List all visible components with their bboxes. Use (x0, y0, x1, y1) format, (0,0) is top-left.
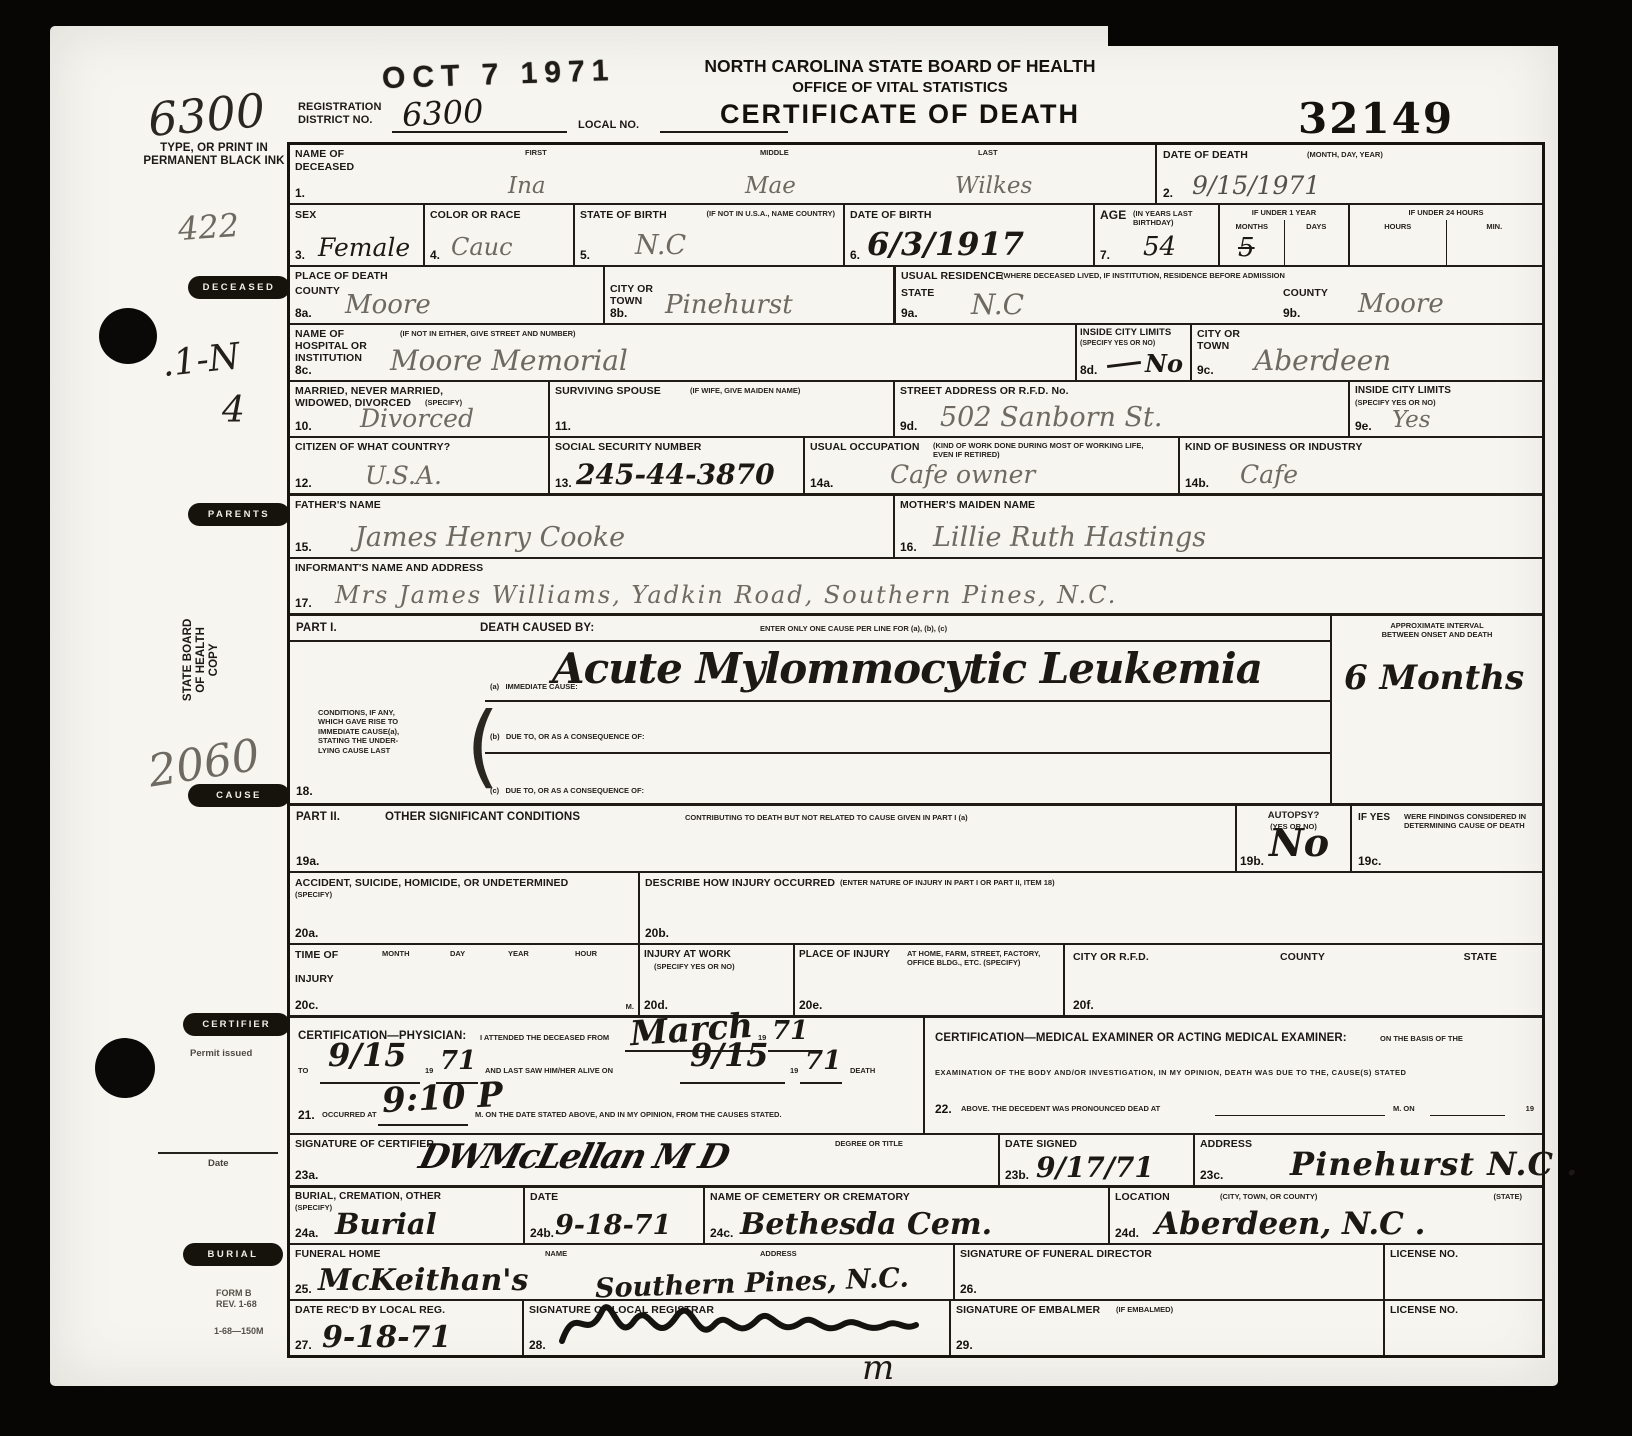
business-label: KIND OF BUSINESS OR INDUSTRY (1185, 441, 1362, 453)
value-date-of-death: 9/15/1971 (1192, 171, 1320, 200)
spouse-note: (IF WIFE, GIVE MAIDEN NAME) (690, 386, 800, 395)
hospital-label-2: HOSPITAL OR (295, 340, 367, 352)
value-cemetery: Bethesda Cem. (740, 1207, 992, 1242)
me-m-on: M. ON (1393, 1104, 1415, 1113)
value-ssn: 245-44-3870 (576, 458, 775, 491)
due-to-c-label: (c) DUE TO, OR AS A CONSEQUENCE OF: (490, 786, 644, 795)
to-19: 19 (425, 1066, 433, 1075)
tab-deceased: DECEASED (188, 276, 290, 299)
me-text-1: ON THE BASIS OF THE (1380, 1034, 1463, 1043)
value-first-name: Ina (508, 173, 546, 199)
registration-label: REGISTRATION (298, 101, 390, 114)
field-date-signed: DATE SIGNED 23b. 9/17/71 (998, 1135, 1193, 1185)
value-interval: 6 Months (1344, 658, 1524, 698)
date-of-death-note: (MONTH, DAY, YEAR) (1307, 150, 1383, 159)
street-address-label: STREET ADDRESS OR R.F.D. No. (900, 385, 1069, 397)
field-burial-type: BURIAL, CREMATION, OTHER (SPECIFY) 24a. … (290, 1188, 523, 1243)
field-embalmer-license: LICENSE NO. (1383, 1301, 1542, 1355)
item-15: 15. (295, 540, 312, 554)
accident-label: ACCIDENT, SUICIDE, HOMICIDE, OR UNDETERM… (295, 877, 568, 889)
item-29: 29. (956, 1338, 973, 1352)
age-label: AGE (1100, 209, 1126, 223)
field-citizen: CITIZEN OF WHAT COUNTRY? 12. U.S.A. (290, 438, 548, 493)
time-of-injury-label-1: TIME OF (295, 949, 338, 961)
value-date-received: 9-18-71 (322, 1320, 451, 1355)
field-business: KIND OF BUSINESS OR INDUSTRY 14b. Cafe (1178, 438, 1542, 493)
item-18: 18. (296, 784, 313, 798)
conditions-note: CONDITIONS, IF ANY, WHICH GAVE RISE TO I… (318, 708, 468, 755)
field-funeral-director-signature: SIGNATURE OF FUNERAL DIRECTOR 26. (953, 1245, 1383, 1299)
field-death-city: CITY OR TOWN 8b. Pinehurst (603, 267, 893, 323)
father-label: FATHER'S NAME (295, 499, 381, 511)
part1-main: PART I. DEATH CAUSED BY: ENTER ONLY ONE … (290, 616, 1330, 803)
item-16: 16. (900, 540, 917, 554)
registration-line (392, 131, 567, 133)
conditions-note-5: LYING CAUSE LAST (318, 746, 468, 755)
field-race: COLOR OR RACE 4. Cauc (423, 205, 573, 265)
accident-specify-note: (SPECIFY) (295, 890, 332, 899)
death-city-label-1: CITY OR (610, 283, 653, 295)
section-part2: PART II. OTHER SIGNIFICANT CONDITIONS CO… (290, 803, 1542, 871)
under-24-hours-label: IF UNDER 24 HOURS (1350, 208, 1542, 217)
value-hospital: Moore Memorial (390, 344, 628, 377)
item-19a: 19a. (296, 854, 319, 868)
item-7: 7. (1100, 248, 1110, 262)
tab-cause: CAUSE (188, 784, 290, 807)
item-23c: 23c. (1200, 1168, 1223, 1182)
tab-certifier-label: CERTIFIER (202, 1019, 270, 1030)
place-of-injury-label: PLACE OF INJURY (799, 949, 890, 961)
value-mother-name: Lillie Ruth Hastings (933, 522, 1206, 553)
field-informant: INFORMANT'S NAME AND ADDRESS 17. Mrs Jam… (290, 559, 1542, 613)
middle-sublabel: MIDDLE (760, 148, 789, 157)
tab-deceased-label: DECEASED (203, 282, 276, 293)
item-19c: 19c. (1358, 854, 1381, 868)
item-28: 28. (529, 1338, 546, 1352)
punch-hole-top (99, 308, 157, 364)
occurred-text-2: M. ON THE DATE STATED ABOVE, AND IN MY O… (475, 1110, 782, 1119)
field-cemetery: NAME OF CEMETERY OR CREMATORY 24c. Bethe… (703, 1188, 1108, 1243)
value-middle-name: Mae (745, 173, 796, 199)
date-received-label: DATE REC'D BY LOCAL REG. (295, 1304, 445, 1316)
tab-parents: PARENTS (188, 503, 290, 526)
hour-label: HOUR (575, 949, 597, 958)
value-inside-city-limits-8d: No (1145, 349, 1183, 378)
copy-line3: COPY (209, 600, 222, 720)
age-note: (IN YEARS LAST BIRTHDAY) (1133, 209, 1213, 228)
value-autopsy: No (1269, 820, 1329, 865)
value-from-year: 71 (772, 1016, 808, 1046)
value-street-address: 502 Sanborn St. (940, 402, 1162, 433)
item-20a: 20a. (295, 926, 318, 940)
spouse-label: SURVIVING SPOUSE (555, 385, 661, 397)
value-informant: Mrs James Williams, Yadkin Road, Souther… (335, 581, 1117, 609)
local-no-line (660, 131, 788, 133)
inside-city-limits-note-9e: (SPECIFY YES OR NO) (1355, 398, 1436, 407)
field-certification-physician: CERTIFICATION—PHYSICIAN: I ATTENDED THE … (290, 1018, 923, 1133)
residence-city-label-1: CITY OR (1197, 328, 1240, 340)
value-to-year: 71 (440, 1046, 476, 1076)
value-months: 5 (1238, 233, 1255, 263)
item-20d: 20d. (644, 998, 668, 1012)
usual-residence-group-label: USUAL RESIDENCE (901, 270, 1003, 282)
item-14b: 14b. (1185, 476, 1209, 490)
field-residence-county: COUNTY 9b. Moore (1198, 267, 1542, 323)
tab-certifier: CERTIFIER (183, 1013, 290, 1036)
funeral-director-label: SIGNATURE OF FUNERAL DIRECTOR (960, 1248, 1152, 1260)
value-alive-on: 9/15 (690, 1036, 768, 1074)
field-date-of-birth: DATE OF BIRTH 6. 6/3/1917 (843, 205, 1093, 265)
tab-cause-label: CAUSE (216, 790, 262, 801)
part2-label: PART II. (296, 811, 340, 824)
field-ssn: SOCIAL SECURITY NUMBER 13. 245-44-3870 (548, 438, 803, 493)
tab-parents-label: PARENTS (208, 509, 270, 520)
field-place-of-injury: PLACE OF INJURY AT HOME, FARM, STREET, F… (793, 945, 1063, 1015)
due-c-prefix: (c) (490, 786, 499, 795)
ssn-label: SOCIAL SECURITY NUMBER (555, 441, 702, 453)
alive-19: 19 (790, 1066, 798, 1075)
inside-city-limits-note-8d: (SPECIFY YES OR NO) (1080, 340, 1155, 349)
funeral-home-address-note: ADDRESS (760, 1249, 797, 1258)
field-father-name: FATHER'S NAME 15. James Henry Cooke (290, 496, 893, 557)
item-24d: 24d. (1115, 1226, 1139, 1240)
item-12: 12. (295, 476, 312, 490)
field-age: AGE (IN YEARS LAST BIRTHDAY) 7. 54 (1093, 205, 1218, 265)
value-certifier-signature: DWMcLellan M D (415, 1137, 732, 1177)
margin-date-label: Date (208, 1158, 229, 1170)
field-describe-injury: DESCRIBE HOW INJURY OCCURRED (ENTER NATU… (638, 873, 1542, 943)
item-9c: 9c. (1197, 363, 1214, 377)
days-subcell: DAYS (1284, 220, 1349, 265)
registrar-signature-scribble (554, 1295, 924, 1353)
item-8a: 8a. (295, 306, 312, 320)
value-occupation: Cafe owner (890, 460, 1035, 489)
death-county-label: COUNTY (295, 285, 340, 297)
address-label: ADDRESS (1200, 1138, 1252, 1150)
item-19b: 19b. (1240, 854, 1264, 868)
field-other-conditions: PART II. OTHER SIGNIFICANT CONDITIONS CO… (290, 806, 1235, 871)
form-print-run: 1-68—150M (214, 1326, 264, 1337)
inside-city-limits-label-9e: INSIDE CITY LIMITS (1355, 385, 1451, 397)
death-word: DEATH (850, 1066, 875, 1075)
item-25: 25. (295, 1282, 312, 1296)
field-sex: SEX 3. Female (290, 205, 423, 265)
field-local-registrar-signature: SIGNATURE OF LOCAL REGISTRAR 28. (522, 1301, 949, 1355)
race-label: COLOR OR RACE (430, 209, 521, 221)
field-signature-of-certifier: SIGNATURE OF CERTIFIER DEGREE OR TITLE 2… (290, 1135, 998, 1185)
state-of-birth-label: STATE OF BIRTH (580, 209, 667, 221)
me-19: 19 (1526, 1104, 1534, 1113)
field-inside-city-limits-8d: INSIDE CITY LIMITS (SPECIFY YES OR NO) 8… (1075, 325, 1190, 380)
field-certification-medical-examiner: CERTIFICATION—MEDICAL EXAMINER OR ACTING… (923, 1018, 1542, 1133)
first-sublabel: FIRST (525, 148, 547, 157)
org-title-2: OFFICE OF VITAL STATISTICS (620, 79, 1180, 96)
field-surviving-spouse: SURVIVING SPOUSE (IF WIFE, GIVE MAIDEN N… (548, 382, 893, 436)
embalmer-license-label: LICENSE NO. (1390, 1304, 1458, 1316)
interval-label-2: BETWEEN ONSET AND DEATH (1332, 630, 1542, 639)
state-of-birth-note: (IF NOT IN U.S.A., NAME COUNTRY) (685, 209, 835, 218)
form-no: FORM B (216, 1288, 257, 1299)
injury-city-label: CITY OR R.F.D. (1073, 951, 1149, 963)
item-6: 6. (850, 248, 860, 262)
months-subcell: MONTHS 5 (1220, 220, 1284, 265)
inside-city-limits-label-8d: INSIDE CITY LIMITS (1080, 328, 1171, 339)
injury-at-work-label: INJURY AT WORK (644, 949, 731, 961)
field-state-of-birth: STATE OF BIRTH (IF NOT IN U.S.A., NAME C… (573, 205, 843, 265)
value-age: 54 (1143, 232, 1176, 262)
days-label: DAYS (1285, 222, 1349, 231)
embalmer-label: SIGNATURE OF EMBALMER (956, 1304, 1100, 1316)
item-11: 11. (555, 419, 571, 433)
value-date-signed: 9/17/71 (1036, 1151, 1154, 1184)
item-23a: 23a. (295, 1168, 318, 1182)
death-caused-by-label: DEATH CAUSED BY: (480, 622, 594, 635)
field-date-received: DATE REC'D BY LOCAL REG. 27. 9-18-71 (290, 1301, 522, 1355)
place-of-death-group-label: PLACE OF DEATH (295, 270, 388, 282)
field-date-of-death: DATE OF DEATH (MONTH, DAY, YEAR) 2. 9/15… (1155, 145, 1542, 203)
field-director-license: LICENSE NO. (1383, 1245, 1542, 1299)
item-5: 5. (580, 248, 590, 262)
field-occupation: USUAL OCCUPATION (KIND OF WORK DONE DURI… (803, 438, 1178, 493)
field-autopsy: AUTOPSY? (YES OR NO) 19b. No (1235, 806, 1350, 871)
field-burial-location: LOCATION (CITY, TOWN, OR COUNTY) (STATE)… (1108, 1188, 1542, 1243)
hospital-note: (IF NOT IN EITHER, GIVE STREET AND NUMBE… (400, 329, 576, 338)
me-text-2: EXAMINATION OF THE BODY AND/OR INVESTIGA… (935, 1068, 1406, 1077)
tab-burial: BURIAL (183, 1243, 283, 1266)
value-citizen: U.S.A. (365, 461, 442, 490)
due-b-prefix: (b) (490, 732, 500, 741)
date-of-death-label: DATE OF DEATH (1163, 149, 1248, 161)
margin-date-line (158, 1152, 278, 1154)
conditions-note-4: STATING THE UNDER- (318, 736, 468, 745)
field-certifier-address: ADDRESS 23c. Pinehurst N.C . (1193, 1135, 1542, 1185)
year-label: YEAR (508, 949, 529, 958)
value-alive-year: 71 (805, 1046, 841, 1076)
other-conditions-label: OTHER SIGNIFICANT CONDITIONS (385, 811, 580, 824)
value-sex: Female (318, 233, 410, 262)
hospital-label-1: NAME OF (295, 328, 344, 340)
item-1: 1. (295, 186, 305, 200)
field-residence-city: CITY OR TOWN 9c. Aberdeen (1190, 325, 1542, 380)
attended-text: I ATTENDED THE DECEASED FROM (480, 1033, 609, 1042)
item-20f: 20f. (1073, 998, 1094, 1012)
value-immediate-cause: Acute Mylommocytic Leukemia (552, 644, 1262, 693)
date-signed-label: DATE SIGNED (1005, 1138, 1077, 1150)
item-24c: 24c. (710, 1226, 733, 1240)
value-date-of-birth: 6/3/1917 (867, 225, 1024, 263)
section-accident: ACCIDENT, SUICIDE, HOMICIDE, OR UNDETERM… (290, 871, 1542, 943)
part1-label: PART I. (296, 622, 337, 635)
field-accident-type: ACCIDENT, SUICIDE, HOMICIDE, OR UNDETERM… (290, 873, 638, 943)
name-label-1: NAME OF (295, 148, 344, 160)
field-if-under-1-year: IF UNDER 1 YEAR MONTHS 5 DAYS (1218, 205, 1348, 265)
permit-issued-label: Permit issued (190, 1048, 252, 1060)
item-20b: 20b. (645, 926, 669, 940)
burial-location-label: LOCATION (1115, 1191, 1170, 1203)
marital-label-1: MARRIED, NEVER MARRIED, (295, 385, 443, 397)
field-funeral-home: FUNERAL HOME NAME ADDRESS 25. McKeithan'… (290, 1245, 953, 1299)
copy-designation: STATE BOARD OF HEALTH COPY (182, 600, 222, 720)
scan-edge-top-right (1108, 0, 1632, 46)
field-residence-state: USUAL RESIDENCE (WHERE DECEASED LIVED, I… (893, 267, 1198, 323)
conditions-note-3: IMMEDIATE CAUSE(a), (318, 727, 468, 736)
month-label: MONTH (382, 949, 410, 958)
field-street-address: STREET ADDRESS OR R.F.D. No. 9d. 502 San… (893, 382, 1348, 436)
org-title-1: NORTH CAROLINA STATE BOARD OF HEALTH (620, 56, 1180, 77)
one-cause-note: ENTER ONLY ONE CAUSE PER LINE FOR (a), (… (760, 624, 947, 633)
item-17: 17. (295, 596, 312, 610)
field-inside-city-limits-9e: INSIDE CITY LIMITS (SPECIFY YES OR NO) 9… (1348, 382, 1542, 436)
min-label: MIN. (1447, 222, 1543, 231)
punch-hole-bottom (95, 1038, 155, 1098)
to-label: TO (298, 1066, 308, 1075)
margin-code-422: 422 (177, 206, 241, 248)
other-conditions-note: CONTRIBUTING TO DEATH BUT NOT RELATED TO… (685, 813, 968, 822)
value-attended-to: 9/15 (328, 1036, 406, 1074)
value-residence-county: Moore (1358, 289, 1444, 319)
due-to-b-label: (b) DUE TO, OR AS A CONSEQUENCE OF: (490, 732, 644, 741)
burial-location-note: (CITY, TOWN, OR COUNTY) (1220, 1192, 1317, 1201)
field-mother-name: MOTHER'S MAIDEN NAME 16. Lillie Ruth Has… (893, 496, 1542, 557)
if-yes-label: IF YES (1358, 812, 1390, 824)
copy-line2: OF HEALTH (195, 600, 208, 720)
interval-label-1: APPROXIMATE INTERVAL (1332, 621, 1542, 630)
item-3: 3. (295, 248, 305, 262)
field-injury-at-work: INJURY AT WORK (SPECIFY YES OR NO) 20d. (638, 945, 793, 1015)
cemetery-label: NAME OF CEMETERY OR CREMATORY (710, 1191, 910, 1203)
margin-code-1n: .1-N (160, 336, 242, 385)
field-burial-date: DATE 24b. 9-18-71 (523, 1188, 703, 1243)
tab-burial-label: BURIAL (208, 1249, 259, 1260)
occurred-text: OCCURRED AT (322, 1110, 377, 1119)
min-subcell: MIN. (1446, 220, 1543, 265)
m-suffix: M. (626, 1002, 634, 1011)
item-2: 2. (1163, 186, 1173, 200)
informant-label: INFORMANT'S NAME AND ADDRESS (295, 562, 483, 574)
funeral-home-label: FUNERAL HOME (295, 1248, 381, 1260)
margin-code-4: 4 (222, 390, 245, 431)
field-if-yes-findings: IF YES WERE FINDINGS CONSIDERED IN DETER… (1350, 806, 1542, 871)
day-label: DAY (450, 949, 465, 958)
section-injury-detail: TIME OF INJURY MONTH DAY YEAR HOUR 20c. … (290, 943, 1542, 1015)
residence-county-label: COUNTY (1283, 287, 1328, 299)
funeral-home-name-note: NAME (545, 1249, 567, 1258)
item-20c: 20c. (295, 998, 318, 1012)
date-of-birth-label: DATE OF BIRTH (850, 209, 932, 221)
value-death-county: Moore (345, 290, 431, 320)
item-8d: 8d. (1080, 363, 1097, 377)
mother-label: MOTHER'S MAIDEN NAME (900, 499, 1035, 511)
injury-state-label: STATE (1464, 951, 1497, 963)
item-21: 21. (298, 1108, 315, 1122)
me-text-3: ABOVE. THE DECEDENT WAS PRONOUNCED DEAD … (961, 1104, 1160, 1113)
value-marital-status: Divorced (360, 404, 474, 433)
section-funeral-home: FUNERAL HOME NAME ADDRESS 25. McKeithan'… (290, 1243, 1542, 1299)
alive-text: AND LAST SAW HIM/HER ALIVE ON (485, 1066, 613, 1075)
conditions-brace: ( (466, 694, 500, 799)
value-residence-state: N.C (971, 288, 1024, 321)
section-registrar: DATE REC'D BY LOCAL REG. 27. 9-18-71 SIG… (290, 1299, 1542, 1355)
due-c-text: DUE TO, OR AS A CONSEQUENCE OF: (505, 786, 644, 795)
item-9b: 9b. (1283, 306, 1300, 320)
occupation-note: (KIND OF WORK DONE DURING MOST OF WORKIN… (933, 441, 1163, 460)
value-inside-city-limits-9e: Yes (1392, 407, 1431, 433)
item-26: 26. (960, 1282, 977, 1296)
item-8b: 8b. (610, 306, 627, 320)
registration-district-value: 6300 (401, 92, 484, 134)
district-no-label: DISTRICT NO. (298, 114, 390, 127)
hours-label: HOURS (1350, 222, 1446, 231)
section-certification: CERTIFICATION—PHYSICIAN: I ATTENDED THE … (290, 1015, 1542, 1133)
value-death-city: Pinehurst (665, 290, 793, 320)
serial-number: 32149 (1298, 94, 1454, 143)
burial-specify-note: (SPECIFY) (295, 1203, 332, 1212)
value-state-of-birth: N.C (635, 230, 686, 261)
place-of-injury-note: AT HOME, FARM, STREET, FACTORY, OFFICE B… (907, 949, 1059, 968)
item-20e: 20e. (799, 998, 822, 1012)
residence-state-label: STATE (901, 287, 934, 299)
value-last-name: Wilkes (955, 173, 1032, 199)
hours-subcell: HOURS (1350, 220, 1446, 265)
scanned-death-certificate: 6300 TYPE, OR PRINT IN PERMANENT BLACK I… (0, 0, 1632, 1436)
value-certifier-address: Pinehurst N.C . (1290, 1145, 1578, 1183)
degree-title-label: DEGREE OR TITLE (835, 1139, 903, 1148)
months-label: MONTHS (1220, 222, 1284, 231)
conditions-note-2: WHICH GAVE RISE TO (318, 717, 468, 726)
field-if-under-24-hours: IF UNDER 24 HOURS HOURS MIN. (1348, 205, 1542, 265)
item-24b: 24b. (530, 1226, 554, 1240)
burial-date-label: DATE (530, 1191, 558, 1203)
field-death-county: PLACE OF DEATH COUNTY 8a. Moore (290, 267, 603, 323)
embalmer-note: (IF EMBALMED) (1116, 1305, 1173, 1314)
value-residence-city: Aberdeen (1254, 344, 1391, 377)
field-time-of-injury: TIME OF INJURY MONTH DAY YEAR HOUR 20c. … (290, 945, 638, 1015)
item-14a: 14a. (810, 476, 833, 490)
strikethrough-mark (1107, 361, 1141, 368)
item-27: 27. (295, 1338, 312, 1352)
item-22: 22. (935, 1102, 952, 1116)
field-injury-location: CITY OR R.F.D. COUNTY STATE 20f. (1063, 945, 1542, 1015)
value-race: Cauc (451, 233, 513, 261)
section-part1: PART I. DEATH CAUSED BY: ENTER ONLY ONE … (290, 613, 1542, 803)
immediate-cause-prefix: (a) (490, 682, 499, 691)
value-burial-date: 9-18-71 (555, 1210, 671, 1241)
print-instruction: TYPE, OR PRINT IN PERMANENT BLACK INK (138, 142, 290, 168)
item-9e: 9e. (1355, 419, 1372, 433)
residence-city-label-2: TOWN (1197, 340, 1229, 352)
burial-state-note: (STATE) (1494, 1192, 1522, 1201)
item-23b: 23b. (1005, 1168, 1029, 1182)
value-funeral-home: McKeithan's (318, 1263, 528, 1298)
field-name-of-deceased: NAME OF DECEASED FIRST MIDDLE LAST 1. In… (290, 145, 1155, 203)
field-hospital: NAME OF HOSPITAL OR INSTITUTION (IF NOT … (290, 325, 1075, 380)
field-marital-status: MARRIED, NEVER MARRIED, WIDOWED, DIVORCE… (290, 382, 548, 436)
value-business: Cafe (1240, 460, 1298, 489)
director-license-label: LICENSE NO. (1390, 1248, 1458, 1260)
item-13: 13. (555, 476, 572, 490)
certificate-form: NAME OF DECEASED FIRST MIDDLE LAST 1. In… (287, 142, 1545, 1358)
conditions-note-1: CONDITIONS, IF ANY, (318, 708, 468, 717)
item-9d: 9d. (900, 419, 917, 433)
value-father-name: James Henry Cooke (355, 522, 625, 553)
describe-injury-note: (ENTER NATURE OF INJURY IN PART I OR PAR… (840, 878, 1055, 887)
document-title: CERTIFICATE OF DEATH (620, 99, 1180, 130)
if-yes-note: WERE FINDINGS CONSIDERED IN DETERMINING … (1404, 812, 1549, 831)
name-label-2: DECEASED (295, 161, 354, 173)
section-burial: BURIAL, CREMATION, OTHER (SPECIFY) 24a. … (290, 1185, 1542, 1243)
burial-type-label: BURIAL, CREMATION, OTHER (295, 1191, 441, 1203)
scan-edge-bottom (0, 1386, 1632, 1436)
